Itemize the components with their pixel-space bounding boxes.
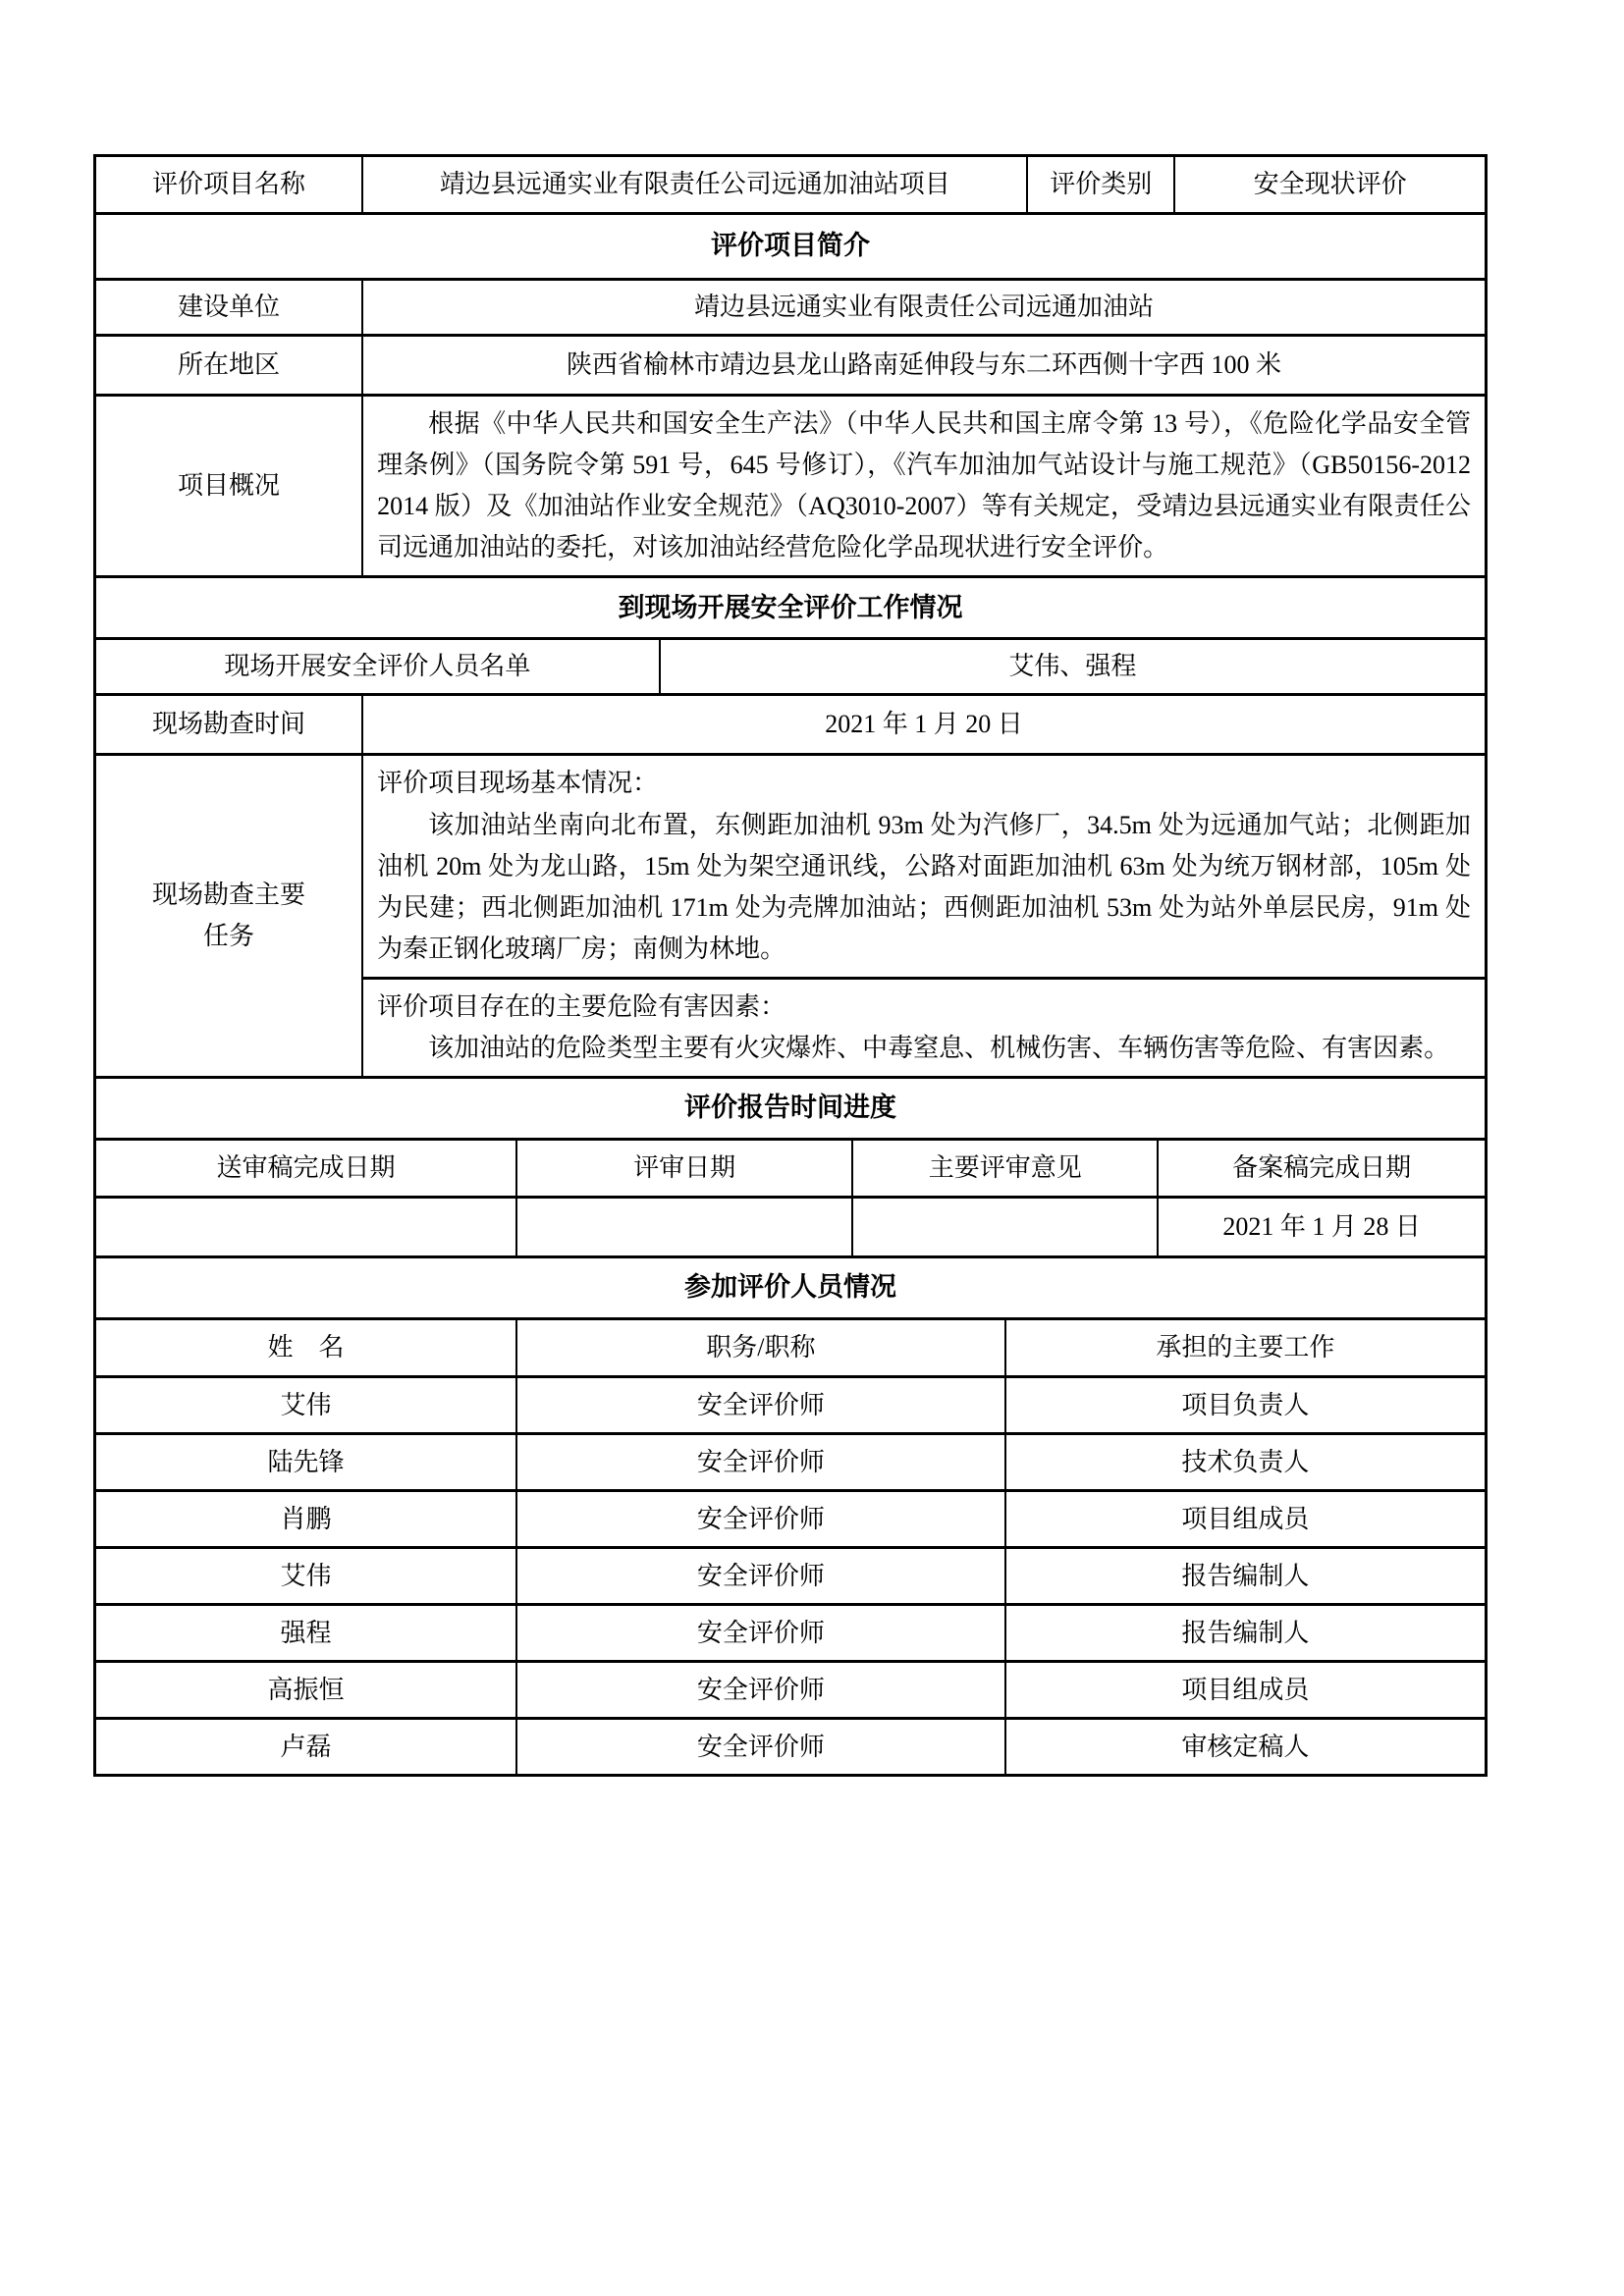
participant-title: 安全评价师 [515,1492,1004,1546]
participant-title: 安全评价师 [515,1720,1004,1774]
category-label: 评价类别 [1026,157,1173,212]
site-staff-value: 艾伟、强程 [659,640,1485,693]
participants-col-work: 承担的主要工作 [1004,1320,1485,1375]
schedule-value-row: 2021 年 1 月 28 日 [96,1196,1485,1255]
hazard-factors-cell: 评价项目存在的主要危险有害因素： 该加油站的危险类型主要有火灾爆炸、中毒窒息、机… [361,977,1485,1076]
participant-row: 卢磊 安全评价师 审核定稿人 [96,1717,1485,1774]
participant-work: 报告编制人 [1004,1549,1485,1603]
project-name-label: 评价项目名称 [96,157,361,212]
project-name-value: 靖边县远通实业有限责任公司远通加油站项目 [361,157,1026,212]
project-overview-text: 根据《中华人民共和国安全生产法》（中华人民共和国主席令第 13 号），《危险化学… [377,403,1471,568]
schedule-col-review-opinion: 主要评审意见 [851,1141,1157,1196]
participant-title: 安全评价师 [515,1549,1004,1603]
participant-name: 艾伟 [96,1549,515,1603]
construction-unit-value: 靖边县远通实业有限责任公司远通加油站 [361,281,1485,334]
schedule-review-opinion-value [851,1199,1157,1255]
intro-section-header-row: 评价项目简介 [96,212,1485,278]
site-basic-situation-cell: 评价项目现场基本情况： 该加油站坐南向北布置，东侧距加油机 93m 处为汽修厂，… [361,756,1485,977]
participants-header-row: 姓 名 职务/职称 承担的主要工作 [96,1317,1485,1375]
participant-name: 强程 [96,1606,515,1660]
site-basic-situation-text: 该加油站坐南向北布置，东侧距加油机 93m 处为汽修厂，34.5m 处为远通加气… [377,805,1471,970]
project-overview-text-cell: 根据《中华人民共和国安全生产法》（中华人民共和国主席令第 13 号），《危险化学… [361,397,1485,575]
schedule-final-date-value: 2021 年 1 月 28 日 [1157,1199,1485,1255]
participant-title: 安全评价师 [515,1378,1004,1432]
participant-work: 报告编制人 [1004,1606,1485,1660]
participant-name: 艾伟 [96,1378,515,1432]
survey-tasks-row: 现场勘查主要任务 评价项目现场基本情况： 该加油站坐南向北布置，东侧距加油机 9… [96,753,1485,1076]
participant-row: 强程 安全评价师 报告编制人 [96,1603,1485,1660]
schedule-col-review-date: 评审日期 [515,1141,851,1196]
schedule-review-date-value [515,1199,851,1255]
participant-name: 陆先锋 [96,1435,515,1489]
participant-row: 高振恒 安全评价师 项目组成员 [96,1660,1485,1717]
survey-time-row: 现场勘查时间 2021 年 1 月 20 日 [96,693,1485,753]
survey-task-label: 现场勘查主要任务 [149,875,307,957]
participant-name: 卢磊 [96,1720,515,1774]
project-title-row: 评价项目名称 靖边县远通实业有限责任公司远通加油站项目 评价类别 安全现状评价 [96,157,1485,212]
hazard-factors-text: 该加油站的危险类型主要有火灾爆炸、中毒窒息、机械伤害、车辆伤害等危险、有害因素。 [377,1028,1471,1069]
schedule-col-draft-date: 送审稿完成日期 [96,1141,515,1196]
participant-work: 技术负责人 [1004,1435,1485,1489]
site-staff-label: 现场开展安全评价人员名单 [96,640,659,693]
participant-name: 高振恒 [96,1663,515,1717]
participants-section-header-row: 参加评价人员情况 [96,1255,1485,1317]
survey-task-details: 评价项目现场基本情况： 该加油站坐南向北布置，东侧距加油机 93m 处为汽修厂，… [361,756,1485,1076]
schedule-draft-date-value [96,1199,515,1255]
participants-col-name: 姓 名 [96,1320,515,1375]
participant-row: 艾伟 安全评价师 项目负责人 [96,1375,1485,1432]
schedule-header-row: 送审稿完成日期 评审日期 主要评审意见 备案稿完成日期 [96,1138,1485,1196]
survey-time-value: 2021 年 1 月 20 日 [361,696,1485,753]
participant-row: 陆先锋 安全评价师 技术负责人 [96,1432,1485,1489]
schedule-section-title: 评价报告时间进度 [96,1079,1485,1138]
participant-title: 安全评价师 [515,1663,1004,1717]
location-label: 所在地区 [96,337,361,394]
intro-section-title: 评价项目简介 [96,215,1485,278]
document-page: { "title_row": { "name_label": "评价项目名称",… [0,0,1624,2296]
location-value: 陕西省榆林市靖边县龙山路南延伸段与东二环西侧十字西 100 米 [361,337,1485,394]
site-basic-situation-title: 评价项目现场基本情况： [377,763,1471,804]
category-value: 安全现状评价 [1173,157,1485,212]
participant-row: 肖鹏 安全评价师 项目组成员 [96,1489,1485,1546]
evaluation-form-table: 评价项目名称 靖边县远通实业有限责任公司远通加油站项目 评价类别 安全现状评价 … [93,154,1488,1777]
participants-col-title: 职务/职称 [515,1320,1004,1375]
participant-row: 艾伟 安全评价师 报告编制人 [96,1546,1485,1603]
participant-work: 项目组成员 [1004,1492,1485,1546]
project-overview-row: 项目概况 根据《中华人民共和国安全生产法》（中华人民共和国主席令第 13 号），… [96,394,1485,575]
participant-title: 安全评价师 [515,1435,1004,1489]
site-work-section-title: 到现场开展安全评价工作情况 [96,578,1485,637]
participant-title: 安全评价师 [515,1606,1004,1660]
survey-task-label-cell: 现场勘查主要任务 [96,756,361,1076]
project-overview-label: 项目概况 [96,397,361,575]
construction-unit-label: 建设单位 [96,281,361,334]
participant-work: 项目组成员 [1004,1663,1485,1717]
schedule-col-final-date: 备案稿完成日期 [1157,1141,1485,1196]
participants-section-title: 参加评价人员情况 [96,1258,1485,1317]
schedule-section-header-row: 评价报告时间进度 [96,1076,1485,1138]
survey-time-label: 现场勘查时间 [96,696,361,753]
site-staff-row: 现场开展安全评价人员名单 艾伟、强程 [96,637,1485,693]
participant-name: 肖鹏 [96,1492,515,1546]
participant-work: 项目负责人 [1004,1378,1485,1432]
construction-unit-row: 建设单位 靖边县远通实业有限责任公司远通加油站 [96,278,1485,334]
site-work-section-header-row: 到现场开展安全评价工作情况 [96,575,1485,637]
participant-work: 审核定稿人 [1004,1720,1485,1774]
hazard-factors-title: 评价项目存在的主要危险有害因素： [377,987,1471,1028]
location-row: 所在地区 陕西省榆林市靖边县龙山路南延伸段与东二环西侧十字西 100 米 [96,334,1485,394]
